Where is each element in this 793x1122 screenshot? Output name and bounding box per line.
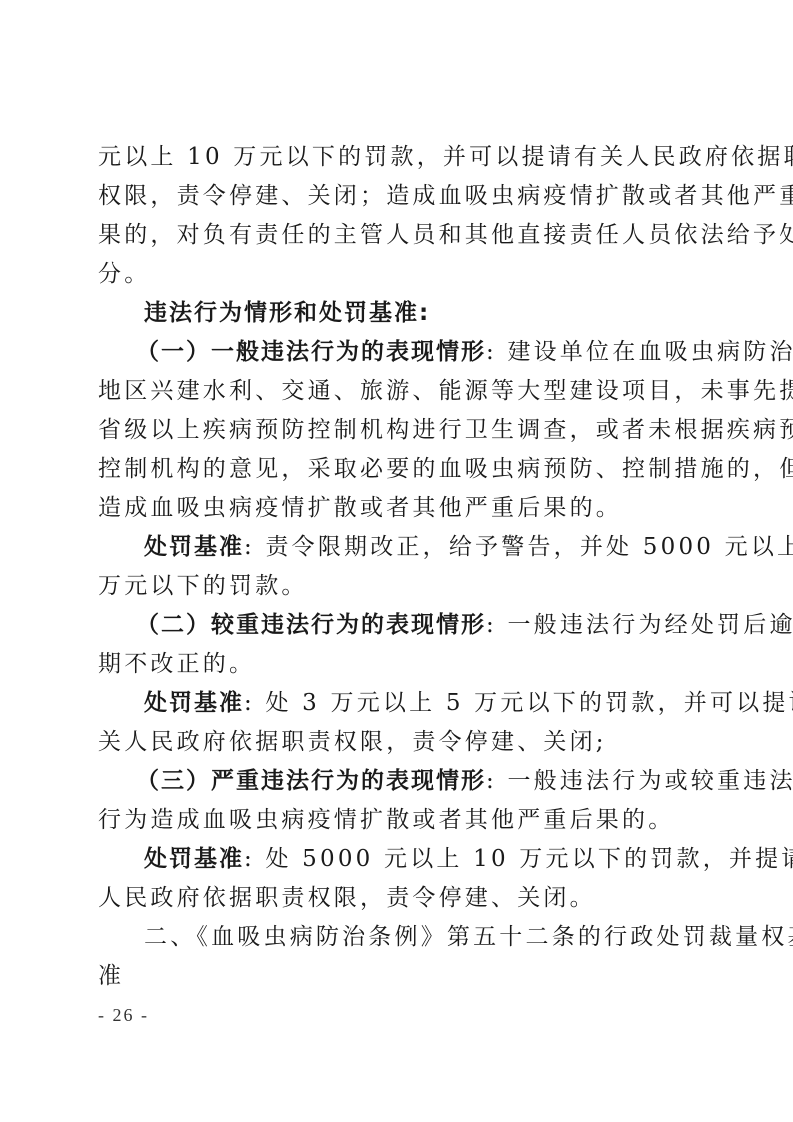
document-page: 元以上 10 万元以下的罚款，并可以提请有关人民政府依据职责 权限，责令停建、关…	[0, 0, 793, 1122]
case2-label: （二）较重违法行为的表现情形	[136, 612, 486, 638]
penalty-text: : 处 5000 元以上 10 万元以下的罚款，并提请有关	[244, 846, 793, 872]
case1-first-line: （一）一般违法行为的表现情形: 建设单位在血吸虫病防治	[136, 333, 690, 372]
case3-label: （三）严重违法行为的表现情形	[136, 768, 486, 794]
penalty-label: 处罚基准	[144, 690, 244, 716]
paragraph-line: 地区兴建水利、交通、旅游、能源等大型建设项目，未事先提请	[98, 372, 690, 411]
case3-first-line: （三）严重违法行为的表现情形: 一般违法行为或较重违法	[136, 762, 690, 801]
paragraph-line: 省级以上疾病预防控制机构进行卫生调查，或者未根据疾病预防	[98, 411, 690, 450]
case1-text: : 建设单位在血吸虫病防治	[486, 339, 793, 365]
page-number: - 26 -	[98, 1005, 149, 1026]
section-heading: 违法行为情形和处罚基准:	[144, 294, 690, 333]
paragraph-line: 权限，责令停建、关闭；造成血吸虫病疫情扩散或者其他严重后	[98, 177, 690, 216]
paragraph-line: 行为造成血吸虫病疫情扩散或者其他严重后果的。	[98, 801, 690, 840]
case3-text: : 一般违法行为或较重违法	[486, 768, 793, 794]
paragraph-line: 期不改正的。	[98, 645, 690, 684]
paragraph-line: 人民政府依据职责权限，责令停建、关闭。	[98, 879, 690, 918]
case1-penalty-line: 处罚基准: 责令限期改正，给予警告，并处 5000 元以上 3	[144, 528, 690, 567]
case2-first-line: （二）较重违法行为的表现情形: 一般违法行为经处罚后逾	[136, 606, 690, 645]
paragraph-line: 控制机构的意见，采取必要的血吸虫病预防、控制措施的，但未	[98, 450, 690, 489]
paragraph-line: 关人民政府依据职责权限，责令停建、关闭;	[98, 723, 690, 762]
penalty-text: : 责令限期改正，给予警告，并处 5000 元以上 3	[244, 534, 793, 560]
penalty-label: 处罚基准	[144, 846, 244, 872]
paragraph-line: 造成血吸虫病疫情扩散或者其他严重后果的。	[98, 489, 690, 528]
paragraph-line: 果的，对负有责任的主管人员和其他直接责任人员依法给予处	[98, 216, 690, 255]
case2-penalty-line: 处罚基准: 处 3 万元以上 5 万元以下的罚款，并可以提请有	[144, 684, 690, 723]
penalty-text: : 处 3 万元以上 5 万元以下的罚款，并可以提请有	[244, 690, 793, 716]
paragraph-line: 分。	[98, 255, 690, 294]
case1-label: （一）一般违法行为的表现情形	[136, 339, 486, 365]
paragraph-line: 元以上 10 万元以下的罚款，并可以提请有关人民政府依据职责	[98, 138, 690, 177]
section2-heading: 二、《血吸虫病防治条例》第五十二条的行政处罚裁量权基	[144, 918, 690, 957]
case3-penalty-line: 处罚基准: 处 5000 元以上 10 万元以下的罚款，并提请有关	[144, 840, 690, 879]
penalty-label: 处罚基准	[144, 534, 244, 560]
case2-text: : 一般违法行为经处罚后逾	[486, 612, 793, 638]
paragraph-line: 万元以下的罚款。	[98, 567, 690, 606]
paragraph-line: 准	[98, 957, 690, 996]
